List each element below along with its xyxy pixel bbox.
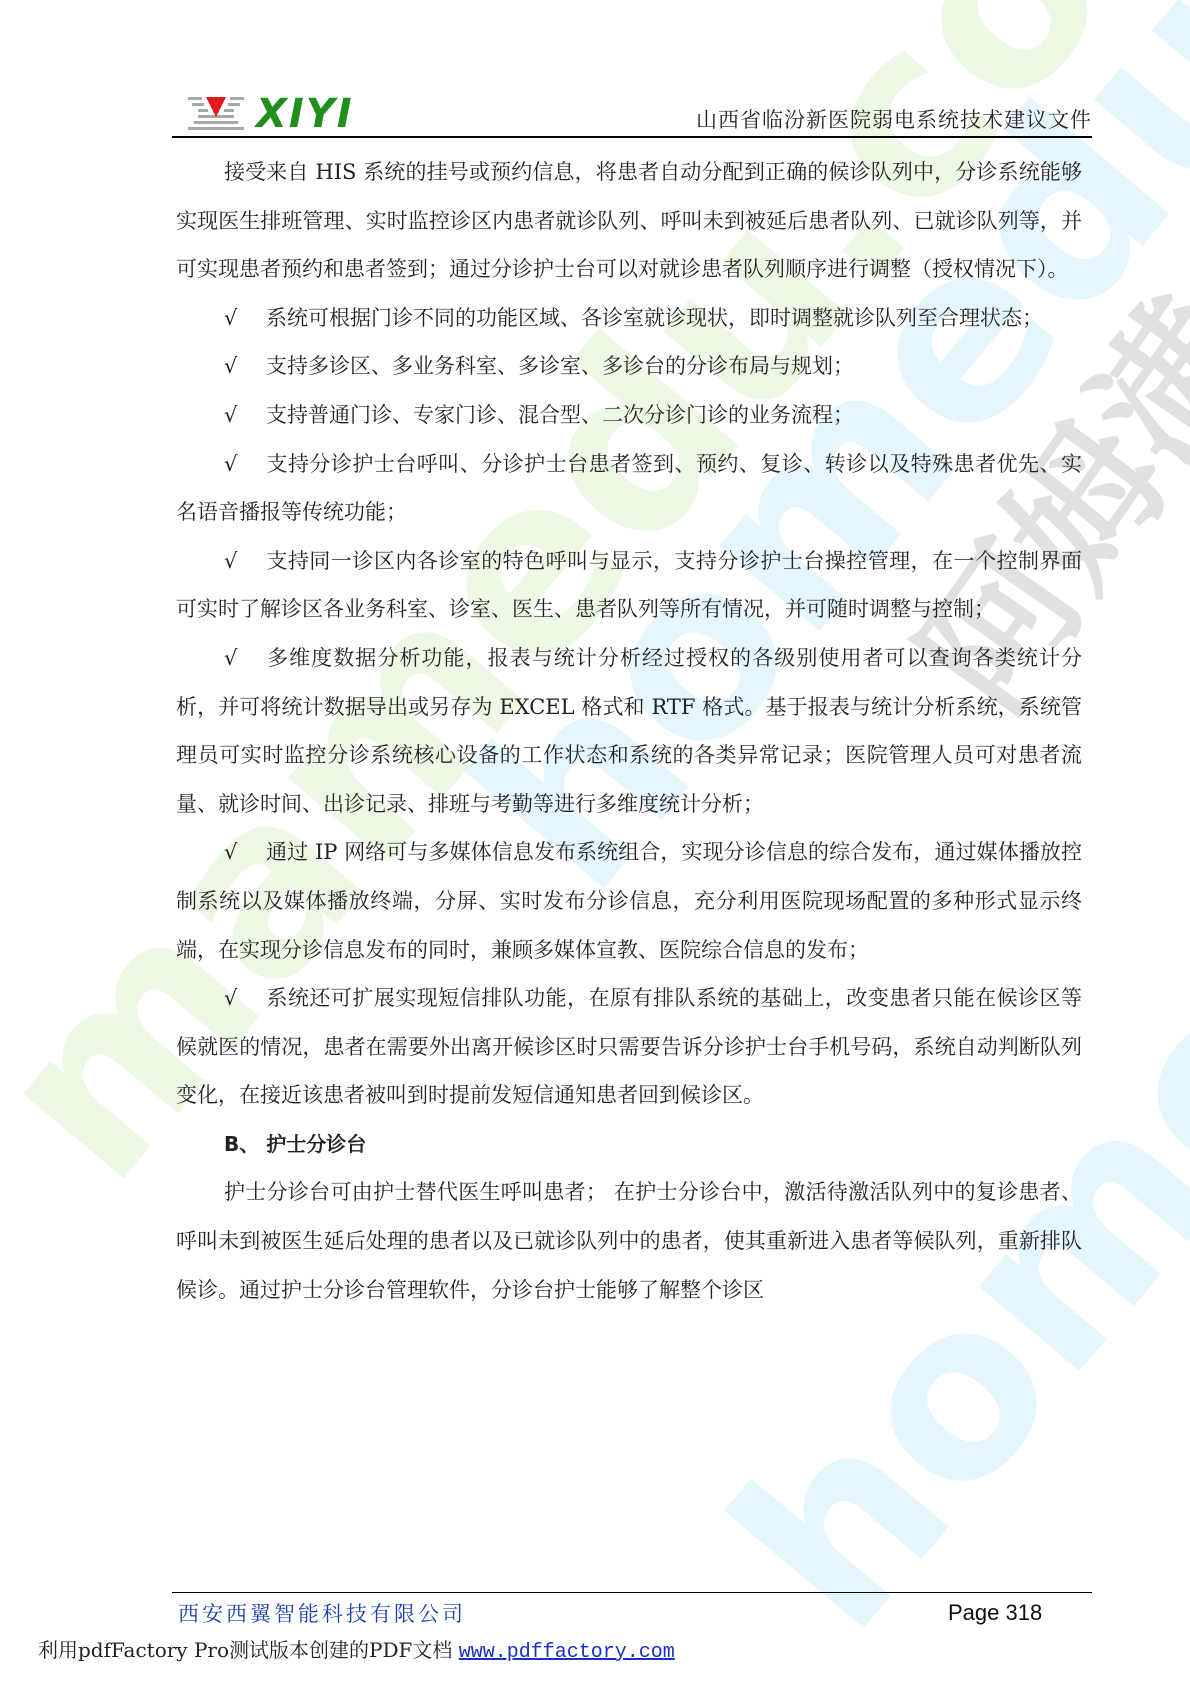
check-mark-icon: √ [224,440,266,489]
checklist-item: √支持普通门诊、专家门诊、混合型、二次分诊门诊的业务流程； [176,391,1082,440]
pdffactory-link[interactable]: www.pdffactory.com [459,1641,675,1664]
paragraph: 接受来自 HIS 系统的挂号或预约信息，将患者自动分配到正确的候诊队列中，分诊系… [176,148,1082,294]
document-body: 接受来自 HIS 系统的挂号或预约信息，将患者自动分配到正确的候诊队列中，分诊系… [176,148,1082,1314]
check-mark-icon: √ [224,537,266,586]
checklist-item-text: 支持同一诊区内各诊室的特色呼叫与显示，支持分诊护士台操控管理，在一个控制界面可实… [176,549,1082,622]
checklist-item-text: 多维度数据分析功能，报表与统计分析经过授权的各级别使用者可以查询各类统计分析，并… [176,646,1082,816]
logo-mark-icon [184,95,248,133]
checklist-item: √多维度数据分析功能，报表与统计分析经过授权的各级别使用者可以查询各类统计分析，… [176,634,1082,828]
checklist-item-text: 支持分诊护士台呼叫、分诊护士台患者签到、预约、复诊、转诊以及特殊患者优先、实名语… [176,452,1082,525]
check-mark-icon: √ [224,974,266,1023]
section-heading: B、 护士分诊台 [176,1120,1082,1169]
paragraph: 护士分诊台可由护士替代医生呼叫患者； 在护士分诊台中，激活待激活队列中的复诊患者… [176,1168,1082,1314]
pdf-notice-text: 利用pdfFactory Pro测试版本创建的PDF文档 [38,1638,459,1662]
check-mark-icon: √ [224,294,266,343]
check-mark-icon: √ [224,828,266,877]
page-number: Page 318 [948,1600,1042,1626]
checklist-item-text: 系统还可扩展实现短信排队功能，在原有排队系统的基础上，改变患者只能在候诊区等候就… [176,986,1082,1107]
checklist-item: √支持分诊护士台呼叫、分诊护士台患者签到、预约、复诊、转诊以及特殊患者优先、实名… [176,440,1082,537]
checklist-item-text: 通过 IP 网络可与多媒体信息发布系统组合，实现分诊信息的综合发布，通过媒体播放… [176,840,1082,961]
footer-divider [172,1592,1092,1593]
logo-text: XIYI [256,94,354,134]
checklist-item-text: 支持普通门诊、专家门诊、混合型、二次分诊门诊的业务流程； [266,403,854,427]
checklist-item: √系统还可扩展实现短信排队功能，在原有排队系统的基础上，改变患者只能在候诊区等候… [176,974,1082,1120]
checklist-item: √支持多诊区、多业务科室、多诊室、多诊台的分诊布局与规划； [176,342,1082,391]
company-logo: XIYI [184,94,464,134]
check-mark-icon: √ [224,342,266,391]
header-divider [172,136,1092,138]
check-mark-icon: √ [224,634,266,683]
checklist-item: √支持同一诊区内各诊室的特色呼叫与显示，支持分诊护士台操控管理，在一个控制界面可… [176,537,1082,634]
checklist-item-text: 系统可根据门诊不同的功能区域、各诊室就诊现状，即时调整就诊队列至合理状态； [266,306,1043,330]
checklist-item: √通过 IP 网络可与多媒体信息发布系统组合，实现分诊信息的综合发布，通过媒体播… [176,828,1082,974]
checklist-item: √系统可根据门诊不同的功能区域、各诊室就诊现状，即时调整就诊队列至合理状态； [176,294,1082,343]
document-title: 山西省临汾新医院弱电系统技术建议文件 [696,104,1092,134]
pdf-creator-notice: 利用pdfFactory Pro测试版本创建的PDF文档 www.pdffact… [38,1634,675,1664]
company-name: 西安西翼智能科技有限公司 [178,1598,466,1628]
checklist-item-text: 支持多诊区、多业务科室、多诊室、多诊台的分诊布局与规划； [266,354,854,378]
page-header: XIYI 山西省临汾新医院弱电系统技术建议文件 [172,88,1092,138]
check-mark-icon: √ [224,391,266,440]
page-footer: 西安西翼智能科技有限公司 Page 318 [172,1592,1092,1593]
